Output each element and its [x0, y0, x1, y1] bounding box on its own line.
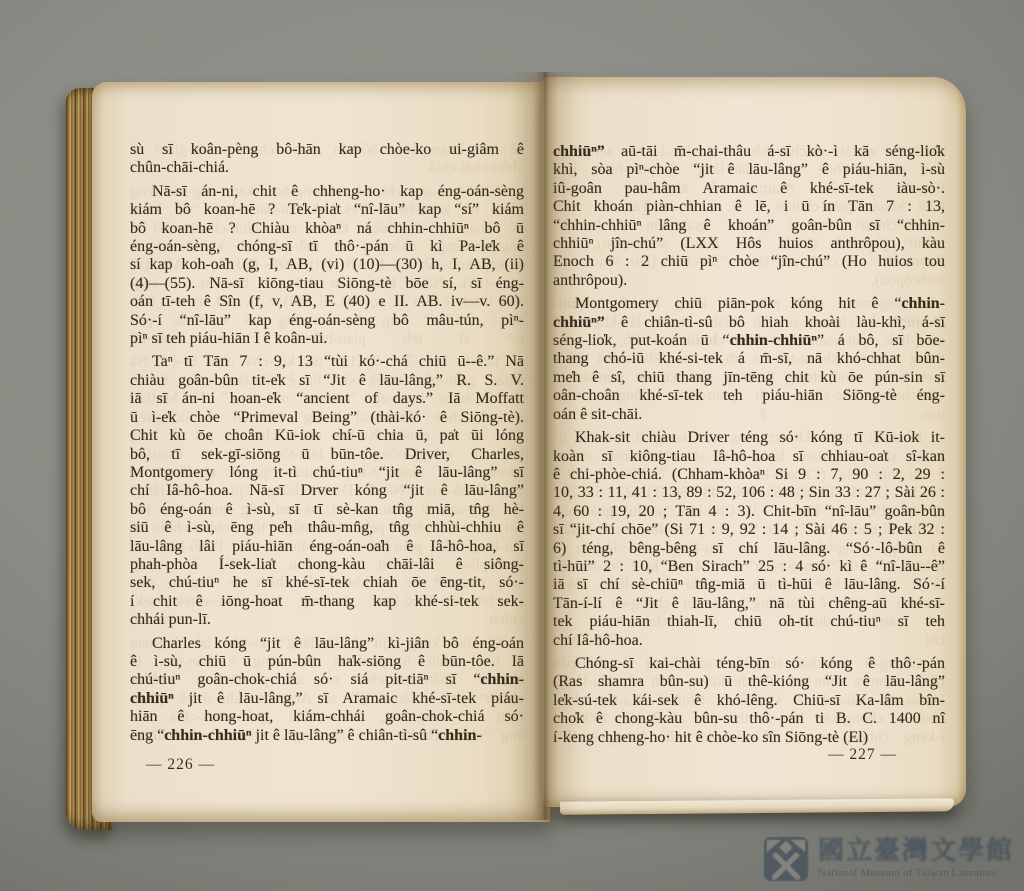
text-line: bô koan-hē ? Chiàu khòaⁿ ná chhin-chhiūⁿ… — [130, 220, 524, 238]
text-line: chhái pun-lī. — [130, 611, 524, 629]
text-line: séng-lio̍k, put-koán ū “chhin-chhiūⁿ” á … — [553, 332, 945, 350]
text-line: Tān-í-lí ê “Jit ê lāu-lâng,” nā tùi chên… — [553, 595, 945, 613]
left-page-text: sù sī koân-pèng bô-hān kap chòe-ko ui-gi… — [130, 141, 524, 750]
text-line: hiān ê hong-hoat, kiám-chhái goân-chok-c… — [130, 708, 524, 726]
text-line: Só·-í “nî-lāu” kap éng-oán-sèng bô mâu-t… — [130, 312, 524, 330]
text-line: oán tī-teh ê Sîn (f, v, AB, E (40) e II.… — [130, 293, 524, 311]
right-page-text: chhiūⁿ” aū-tāi m̄-chai-thâu á-sī kò·-ì k… — [553, 143, 945, 752]
text-line: anthrôpou). — [553, 272, 945, 290]
page-edge-bottom-right — [560, 798, 954, 814]
text-line: Enoch 6 : 2 chiū pìⁿ chòe “jîn-chú” (Ho … — [553, 253, 945, 271]
text-line: ê chi-phòe-chiá. (Chham-khòaⁿ Si 9 : 7, … — [553, 466, 945, 484]
text-line: ū ì-e̍k chòe “Primeval Being” (thài-kó· … — [130, 409, 524, 427]
text-line: khì, sòa pìⁿ-chòe “jit ê lāu-lâng” ê piá… — [553, 161, 945, 179]
open-book: sù sī koân-pèng bô-hān kap chòe-ko ui-gi… — [62, 72, 966, 832]
museum-logo-icon — [763, 836, 809, 882]
text-line: chhiūⁿ” aū-tāi m̄-chai-thâu á-sī kò·-ì k… — [553, 143, 945, 161]
text-line: ê ì-sù, chiū ū pún-bûn ha̍k-siōng ê būn-… — [130, 653, 524, 671]
text-line: iā sī án-ni hoan-e̍k “ancient of days.” … — [130, 390, 524, 408]
text-line: (4)—(55). Nā-sī kiōng-tiau Siōng-tè bōe … — [130, 275, 524, 293]
text-line: chí Iâ-hô-hoa. Nā-sī Drver kóng “jit ê l… — [130, 482, 524, 500]
text-line: éng-oán-sèng, chóng-sī tī thô·-pán ū kì … — [130, 238, 524, 256]
text-line: oán ê sit-chāi. — [553, 406, 945, 424]
text-line: í chit ê iōng-hoat m̄-thang kap khé-si-t… — [130, 593, 524, 611]
text-line: 10, 33 : 11, 41 : 13, 89 : 52, 106 : 48 … — [553, 484, 945, 502]
text-line: Taⁿ tī Tān 7 : 9, 13 “tùi kó·-chá chiū ū… — [130, 353, 524, 371]
text-line: chiàu goân-bûn tit-e̍k sī “Jit ê lāu-lân… — [130, 372, 524, 390]
text-line: chú-tiuⁿ goân-chok-chiá só· siá pit-tiāⁿ… — [130, 671, 524, 689]
text-line: oân-choân khé-sī-tek teh piáu-hiān Siōng… — [553, 387, 945, 405]
text-line: cho̍k ê chong-kàu bûn-su thô·-pán ti B. … — [553, 710, 945, 728]
text-line: chûn-chāi-chiá. — [130, 159, 524, 177]
text-line: tek piáu-hiān thiah-lī, chiū oh-tit chú-… — [553, 613, 945, 631]
text-line: 4, 60 : 19, 20 ; Tān 4 : 3). Chit-bīn “n… — [553, 503, 945, 521]
text-line: chí Iâ-hô-hoa. — [553, 632, 945, 650]
text-line: (Ras shamra bûn-su) ū thê-kióng “Jit ê l… — [553, 673, 945, 691]
text-line: pìⁿ sī teh piáu-hiān I ê koân-ui. — [130, 330, 524, 348]
text-line: í-keng chheng-ho· hit ê chòe-ko sîn Siōn… — [553, 729, 945, 747]
text-line: “chhin-chhiūⁿ lâng ê khoán” goân-bûn sī … — [553, 217, 945, 235]
text-line: bô éng-oán ê ì-sù, sī tī sè-kan tn̂g miā… — [130, 501, 524, 519]
text-line: Charles kóng “jit ê lāu-lâng” kì-jiân bô… — [130, 635, 524, 653]
text-line: siū ê ì-sù, ēng pe̍h thâu-mn̂g, tn̂g chh… — [130, 519, 524, 537]
text-line: le̍k-sú-tek kái-sek ê khó-lêng. Chiū-sī … — [553, 692, 945, 710]
text-line: iû-goân pau-hâm Aramaic ê khé-sī-tek iàu… — [553, 180, 945, 198]
text-line: Montgomery chiū piān-pok kóng hit ê “chh… — [553, 295, 945, 313]
text-line: lāu-lâng lâi piáu-hiān éng-oán-oa̍h ê Iâ… — [130, 538, 524, 556]
text-line: Montgomery lóng it-tì chú-tiuⁿ “jit ê lā… — [130, 464, 524, 482]
page-number-right: — 227 — — [553, 746, 897, 764]
page-number-left: — 226 — — [146, 756, 215, 774]
text-line: ēng “chhin-chhiūⁿ jit ê lāu-lâng” ê chiâ… — [130, 727, 524, 745]
text-line: sek, chú-tiuⁿ he sī khé-sī-tek chiah ōe … — [130, 574, 524, 592]
museum-name-block: 國立臺灣文學館 National Museum of Taiwan Litera… — [818, 836, 1020, 879]
text-line: 6) téng, bêng-bêng sī chí lāu-lâng. “Só·… — [553, 540, 945, 558]
scanned-book-photo: sù sī koân-pèng bô-hān kap chòe-ko ui-gi… — [0, 0, 1024, 891]
text-line: Chit khoán piàn-chhian ê lē, i ū ín Tān … — [553, 198, 945, 216]
text-line: koàn sī kiông-tiau Iâ-hô-hoa sī chhiau-o… — [553, 448, 945, 466]
text-line: Nā-sī án-ni, chit ê chheng-ho· kap éng-o… — [130, 183, 524, 201]
museum-name-en: National Museum of Taiwan Literature — [818, 867, 1020, 879]
text-line: chhiūⁿ” ê chiân-tì-sû bô hiah khoài làu-… — [553, 314, 945, 332]
text-line: iā sī chí sè-chiūⁿ tn̂g-miā ū tì-hūi ê l… — [553, 576, 945, 594]
text-line: tì-hūi” 2 : 10, “Ben Sirach” 25 : 4 só· … — [553, 558, 945, 576]
museum-name-zh: 國立臺灣文學館 — [818, 836, 1020, 866]
text-line: Khak-sit chiàu Driver téng só· kóng tī K… — [553, 429, 945, 447]
text-line: chhiūⁿ jîn-chú” (LXX Hôs huios anthrôpou… — [553, 235, 945, 253]
text-line: sù sī koân-pèng bô-hān kap chòe-ko ui-gi… — [130, 141, 524, 159]
text-line: phah-phòa Í-sek-lia̍t chong-kàu chāi-lâi… — [130, 556, 524, 574]
text-line: chhiūⁿ jit ê lāu-lâng,” sī Aramaic khé-s… — [130, 690, 524, 708]
text-line: sī “jit-chí chōe” (Si 71 : 9, 92 : 14 ; … — [553, 521, 945, 539]
museum-watermark: 國立臺灣文學館 National Museum of Taiwan Litera… — [763, 836, 1020, 882]
text-line: Chóng-sī kai-chài téng-bīn só· kóng ê th… — [553, 655, 945, 673]
text-line: sí kap koh-oa̍h (g, I, AB, (vi) (10)—(30… — [130, 256, 524, 274]
text-line: bô, tī sek-gī-siōng ū būn-tôe. Driver, C… — [130, 446, 524, 464]
text-line: me̍h ê sî, chiū thang jīn-tēng chit kù ō… — [553, 369, 945, 387]
text-line: Chit kù ōe choân Kū-iok chí-ū chia ū, pa… — [130, 427, 524, 445]
text-line: thang chó-iū khé-si-tek á m̄-sī, nā khó-… — [553, 350, 945, 368]
text-line: kiám bô koan-hē ? Te̍k-pia̍t “nî-lāu” ka… — [130, 201, 524, 219]
